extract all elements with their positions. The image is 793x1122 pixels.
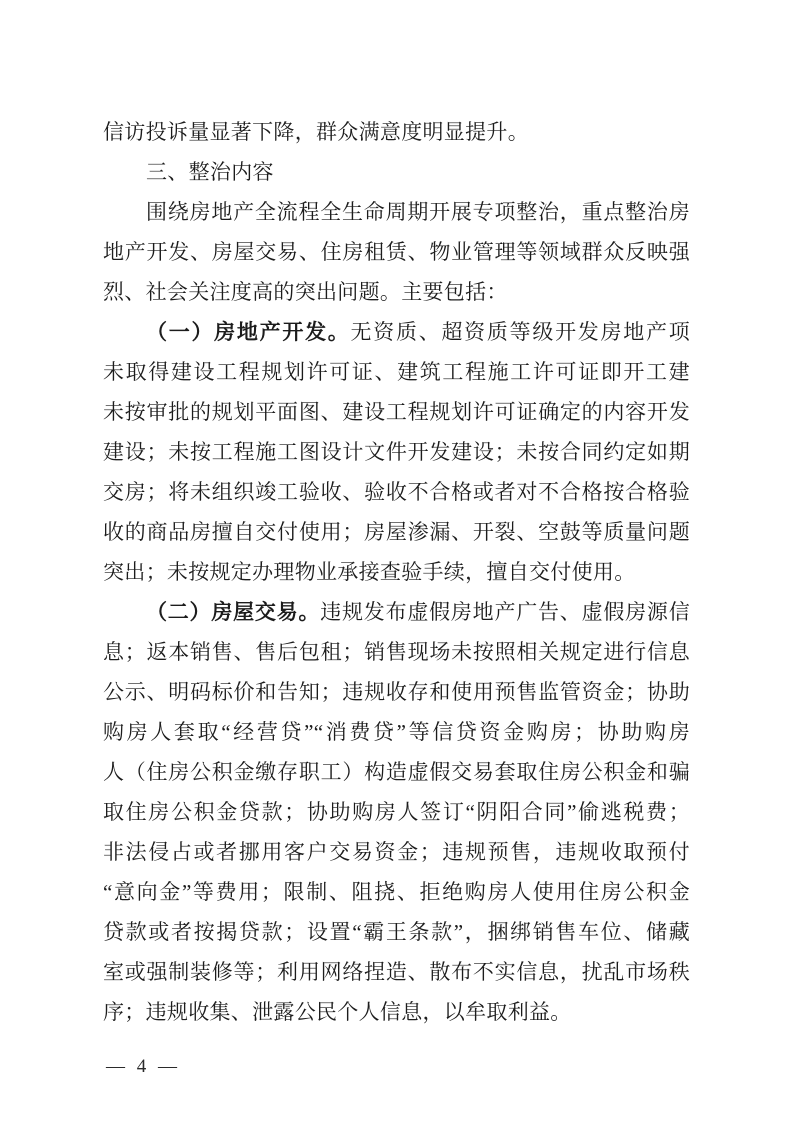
text-line: 交房；将未组织竣工验收、验收不合格或者对不合格按合格验: [103, 472, 690, 512]
line-text: 息；返本销售、售后包租；销售现场未按照相关规定进行信息: [103, 640, 690, 664]
section-heading-line: （二）房屋交易。违规发布虚假房地产广告、虚假房源信: [103, 592, 690, 632]
text-line: 非法侵占或者挪用客户交易资金；违规预售，违规收取预付款、: [103, 832, 690, 872]
text-line: 地产开发、房屋交易、住房租赁、物业管理等领域群众反映强: [103, 232, 690, 272]
line-text: 取住房公积金贷款；协助购房人签订“阴阳合同”偷逃税费；: [103, 800, 690, 824]
text-line: 序；违规收集、泄露公民个人信息，以牟取利益。: [103, 992, 690, 1032]
line-text: 人（住房公积金缴存职工）构造虚假交易套取住房公积金和骗: [103, 760, 690, 784]
text-line: 公示、明码标价和告知；违规收存和使用预售监管资金；协助: [103, 672, 690, 712]
line-text: 收的商品房擅自交付使用；房屋渗漏、开裂、空鼓等质量问题: [103, 520, 690, 544]
line-text: 非法侵占或者挪用客户交易资金；违规预售，违规收取预付款、: [103, 840, 690, 872]
line-text: 购房人套取“经营贷”“消费贷”等信贷资金购房；协助购房: [103, 720, 690, 744]
line-text: 围绕房地产全流程全生命周期开展专项整治，重点整治房: [146, 200, 690, 224]
page-number: — 4 —: [106, 1052, 177, 1082]
section-heading-line: 三、整治内容: [103, 152, 690, 192]
line-text: 信访投诉量显著下降，群众满意度明显提升。: [103, 120, 529, 144]
section-heading: （二）房屋交易。: [146, 600, 320, 624]
line-text: 贷款或者按揭贷款；设置“霸王条款”，捆绑销售车位、储藏: [103, 920, 690, 944]
text-line: 室或强制装修等；利用网络捏造、散布不实信息，扰乱市场秩: [103, 952, 690, 992]
text-line: 围绕房地产全流程全生命周期开展专项整治，重点整治房: [103, 192, 690, 232]
text-line: 收的商品房擅自交付使用；房屋渗漏、开裂、空鼓等质量问题: [103, 512, 690, 552]
text-line: 贷款或者按揭贷款；设置“霸王条款”，捆绑销售车位、储藏: [103, 912, 690, 952]
line-text: 违规发布虚假房地产广告、虚假房源信: [320, 600, 690, 624]
line-text: 室或强制装修等；利用网络捏造、散布不实信息，扰乱市场秩: [103, 960, 690, 984]
text-line: 息；返本销售、售后包租；销售现场未按照相关规定进行信息: [103, 632, 690, 672]
section-heading-line: （一）房地产开发。无资质、超资质等级开发房地产项目；: [103, 312, 690, 352]
line-text: 三、整治内容: [146, 160, 274, 184]
text-line: 未取得建设工程规划许可证、建筑工程施工许可证即开工建设；: [103, 352, 690, 392]
text-line: 突出；未按规定办理物业承接查验手续，擅自交付使用。: [103, 552, 690, 592]
line-text: 序；违规收集、泄露公民个人信息，以牟取利益。: [103, 1000, 572, 1024]
line-text: 烈、社会关注度高的突出问题。主要包括：: [103, 280, 508, 304]
text-line: “意向金”等费用；限制、阻挠、拒绝购房人使用住房公积金: [103, 872, 690, 912]
section-heading: （一）房地产开发。: [146, 320, 351, 344]
document-body: 信访投诉量显著下降，群众满意度明显提升。三、整治内容围绕房地产全流程全生命周期开…: [103, 112, 690, 1032]
line-text: 建设；未按工程施工图设计文件开发建设；未按合同约定如期: [103, 440, 690, 464]
text-line: 人（住房公积金缴存职工）构造虚假交易套取住房公积金和骗: [103, 752, 690, 792]
line-text: 交房；将未组织竣工验收、验收不合格或者对不合格按合格验: [103, 480, 690, 504]
line-text: “意向金”等费用；限制、阻挠、拒绝购房人使用住房公积金: [103, 880, 690, 904]
line-text: 地产开发、房屋交易、住房租赁、物业管理等领域群众反映强: [103, 240, 690, 264]
text-line: 取住房公积金贷款；协助购房人签订“阴阳合同”偷逃税费；: [103, 792, 690, 832]
text-line: 购房人套取“经营贷”“消费贷”等信贷资金购房；协助购房: [103, 712, 690, 752]
text-line: 信访投诉量显著下降，群众满意度明显提升。: [103, 112, 690, 152]
text-line: 烈、社会关注度高的突出问题。主要包括：: [103, 272, 690, 312]
line-text: 未按审批的规划平面图、建设工程规划许可证确定的内容开发: [103, 400, 690, 424]
line-text: 公示、明码标价和告知；违规收存和使用预售监管资金；协助: [103, 680, 690, 704]
text-line: 建设；未按工程施工图设计文件开发建设；未按合同约定如期: [103, 432, 690, 472]
document-page: 信访投诉量显著下降，群众满意度明显提升。三、整治内容围绕房地产全流程全生命周期开…: [0, 0, 793, 1122]
line-text: 突出；未按规定办理物业承接查验手续，擅自交付使用。: [103, 560, 636, 584]
line-text: 未取得建设工程规划许可证、建筑工程施工许可证即开工建设；: [103, 360, 690, 392]
text-line: 未按审批的规划平面图、建设工程规划许可证确定的内容开发: [103, 392, 690, 432]
